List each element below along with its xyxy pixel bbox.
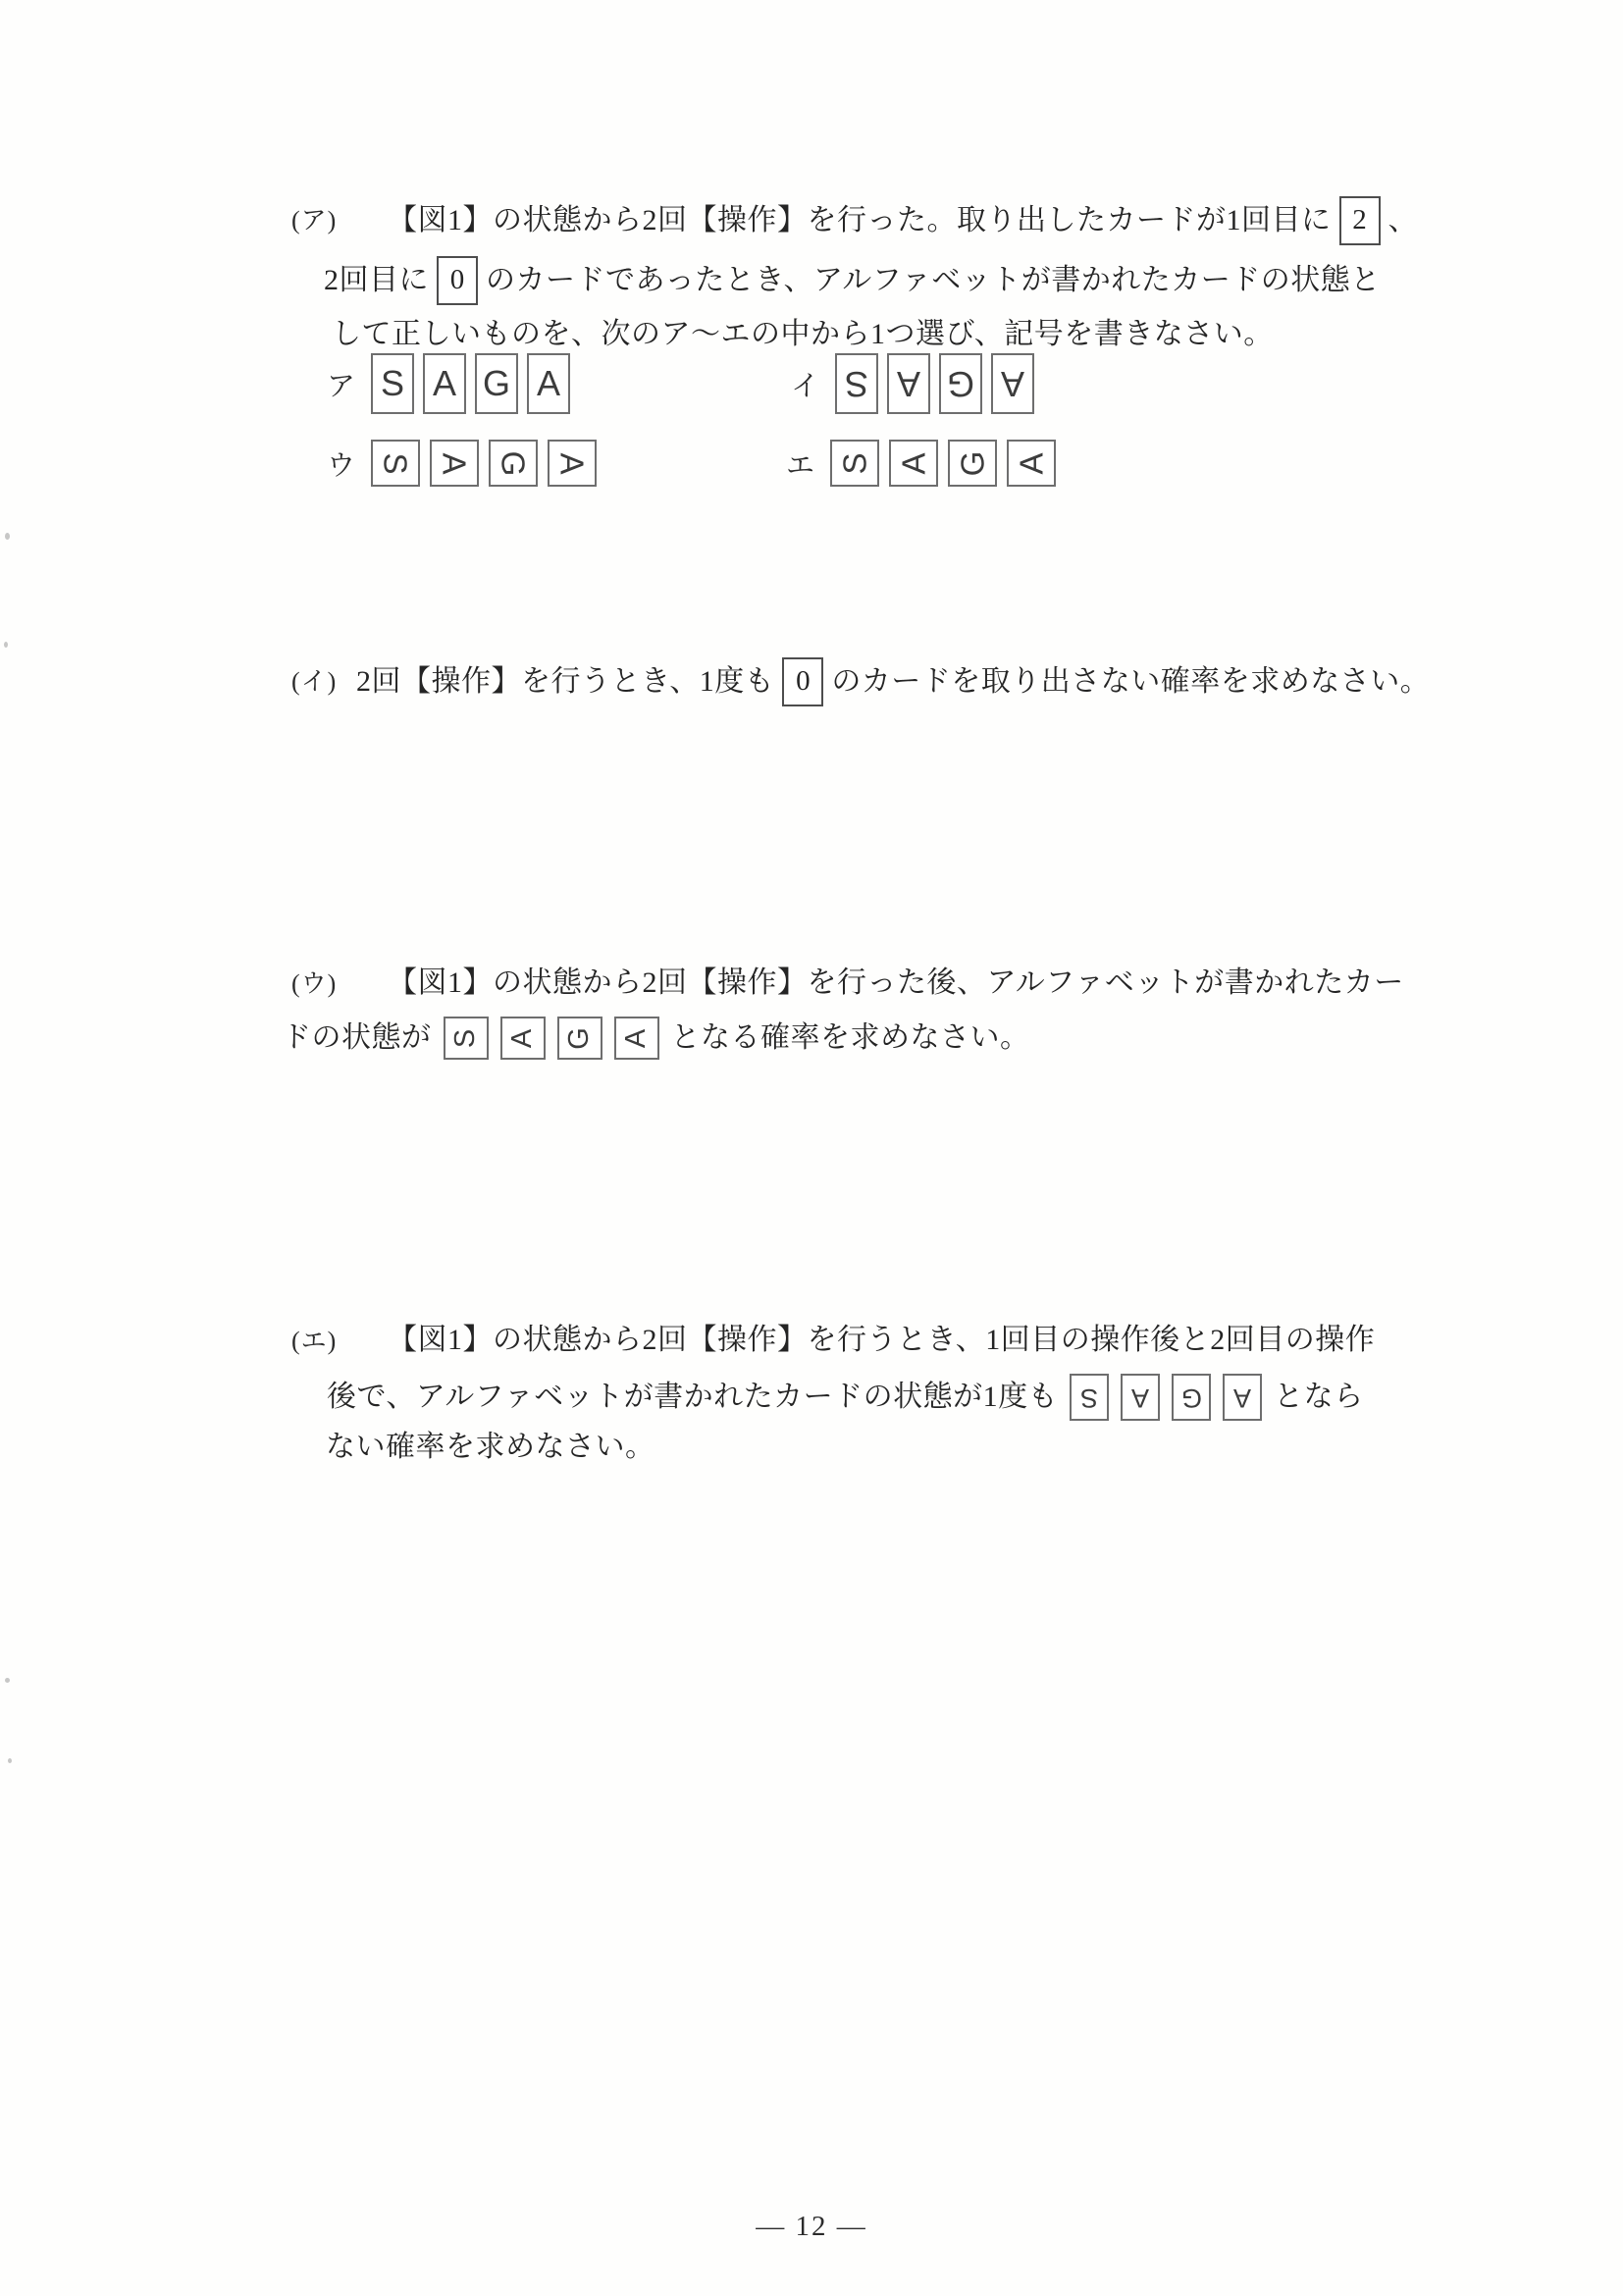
card-s-90ccw: S	[444, 1017, 489, 1060]
card-letter-s: S	[381, 366, 404, 401]
choice-a-cards: S A G A	[371, 353, 570, 414]
card-a2-90ccw: A	[614, 1017, 659, 1060]
card-letter-a: A	[433, 366, 456, 401]
drawn-card-2-digit: 2	[1352, 201, 1367, 239]
choice-u: ウ S A G A	[327, 440, 597, 487]
question-i-line1: (イ) 2回【操作】を行うとき、1度も 0 のカードを取り出さない確率を求めなさ…	[291, 657, 1430, 706]
scan-speck	[4, 642, 8, 648]
card-a2-upright: A	[527, 353, 570, 414]
question-u-line2: ドの状態が S A G A となる確率を求めなさい。	[282, 1017, 1030, 1060]
card-letter-s: S	[845, 366, 868, 401]
choice-e: エ S A G A	[786, 440, 1056, 487]
question-e-line3: ない確率を求めなさい。	[326, 1428, 655, 1468]
card-s-upright: S	[371, 353, 414, 414]
drawn-card-box-0: 0	[437, 256, 478, 305]
question-a-line3: して正しいものを、次のア〜エの中から1つ選び、記号を書きなさい。	[332, 315, 1274, 355]
choice-u-label: ウ	[327, 444, 355, 484]
card-a2-90ccw: A	[1007, 440, 1056, 487]
card-letter-a: A	[508, 1028, 537, 1047]
card-a-90ccw: A	[889, 440, 938, 487]
card-a-90ccw: A	[500, 1017, 546, 1060]
card-s-90cw: S	[371, 440, 420, 487]
card-letter-s: S	[1080, 1384, 1098, 1411]
question-a-line2-tail: のカードであったとき、アルファベットが書かれたカードの状態と	[486, 261, 1381, 301]
choice-e-cards: S A G A	[830, 440, 1056, 487]
choice-i-label: イ	[791, 364, 819, 404]
drawn-card-0-digit: 0	[450, 261, 465, 299]
question-e-label: (エ)	[291, 1324, 388, 1358]
scan-speck	[5, 533, 10, 540]
card-letter-s: S	[380, 452, 412, 474]
question-a-line2: 2回目に 0 のカードであったとき、アルファベットが書かれたカードの状態と	[324, 256, 1381, 305]
card-letter-g: G	[1181, 1384, 1202, 1411]
page-number: — 12 —	[0, 2211, 1623, 2243]
question-i-label: (イ)	[291, 664, 356, 699]
question-a-line1-tail: 、	[1388, 201, 1419, 241]
question-a-line3-text: して正しいものを、次のア〜エの中から1つ選び、記号を書きなさい。	[332, 315, 1274, 355]
card-g-90ccw: G	[948, 440, 997, 487]
card-g-180: G	[939, 353, 982, 414]
question-u-cards-90ccw: S A G A	[444, 1017, 659, 1060]
drawn-card-0-digit: 0	[796, 662, 811, 701]
question-u-line1: (ウ) 【図1】の状態から2回【操作】を行った後、アルファベットが書かれたカー	[291, 964, 1404, 1004]
card-letter-g: G	[957, 450, 989, 476]
card-letter-a: A	[897, 366, 920, 401]
question-e-line1: (エ) 【図1】の状態から2回【操作】を行うとき、1回目の操作後と2回目の操作	[291, 1321, 1375, 1361]
question-e-line2-text: 後で、アルファベットが書かれたカードの状態が1度も	[327, 1378, 1058, 1418]
choice-i-cards: S A G A	[835, 353, 1034, 414]
question-a-line1-text: 【図1】の状態から2回【操作】を行った。取り出したカードが1回目に	[388, 201, 1332, 241]
card-letter-a2: A	[556, 452, 589, 474]
question-e-cards-180: S A G A	[1070, 1374, 1262, 1421]
scan-speck	[8, 1758, 12, 1763]
card-letter-a2: A	[622, 1028, 651, 1047]
card-s-180: S	[1070, 1374, 1109, 1421]
choice-a: ア S A G A	[327, 353, 570, 414]
card-a2-180: A	[991, 353, 1034, 414]
card-letter-a2: A	[537, 366, 560, 401]
card-a-upright: A	[423, 353, 466, 414]
question-u-line2-tail: となる確率を求めなさい。	[671, 1018, 1030, 1059]
card-a-180: A	[887, 353, 930, 414]
card-letter-g: G	[497, 450, 530, 476]
card-letter-s: S	[839, 452, 871, 474]
card-letter-g: G	[947, 366, 974, 401]
card-letter-g: G	[565, 1027, 594, 1050]
question-e-line2-tail: となら	[1274, 1378, 1364, 1418]
question-i-line1-tail: のカードを取り出さない確率を求めなさい。	[831, 662, 1430, 703]
card-g-180: G	[1172, 1374, 1211, 1421]
question-a-line2-text: 2回目に	[324, 261, 429, 301]
question-e-line3-text: ない確率を求めなさい。	[326, 1428, 655, 1468]
card-letter-g: G	[483, 366, 510, 401]
card-letter-a2: A	[1016, 452, 1048, 474]
card-letter-a: A	[898, 452, 930, 474]
scan-speck	[5, 1678, 10, 1683]
card-letter-a: A	[439, 452, 471, 474]
choice-e-label: エ	[786, 444, 814, 484]
card-a-90cw: A	[430, 440, 479, 487]
question-e-line2: 後で、アルファベットが書かれたカードの状態が1度も S A G A となら	[327, 1374, 1364, 1421]
question-u-line1-text: 【図1】の状態から2回【操作】を行った後、アルファベットが書かれたカー	[388, 964, 1404, 1004]
card-letter-a2: A	[1233, 1384, 1251, 1411]
question-u-label: (ウ)	[291, 966, 388, 1001]
card-g-upright: G	[475, 353, 518, 414]
card-g-90cw: G	[489, 440, 538, 487]
question-e-line1-text: 【図1】の状態から2回【操作】を行うとき、1回目の操作後と2回目の操作	[388, 1321, 1375, 1361]
card-letter-s: S	[451, 1028, 480, 1047]
card-a2-90cw: A	[548, 440, 597, 487]
exam-page: (ア) 【図1】の状態から2回【操作】を行った。取り出したカードが1回目に 2 …	[0, 0, 1623, 2296]
question-a-label: (ア)	[291, 203, 388, 237]
choice-u-cards: S A G A	[371, 440, 597, 487]
drawn-card-box-0: 0	[782, 657, 823, 706]
card-letter-a: A	[1131, 1384, 1149, 1411]
question-a-line1: (ア) 【図1】の状態から2回【操作】を行った。取り出したカードが1回目に 2 …	[291, 196, 1418, 245]
question-u-line2-text: ドの状態が	[282, 1018, 432, 1059]
drawn-card-box-2: 2	[1339, 196, 1381, 245]
card-g-90ccw: G	[557, 1017, 602, 1060]
choice-i: イ S A G A	[791, 353, 1034, 414]
card-a2-180: A	[1223, 1374, 1262, 1421]
card-s-180: S	[835, 353, 878, 414]
card-a-180: A	[1121, 1374, 1160, 1421]
choice-a-label: ア	[327, 364, 355, 404]
question-i-line1-text: 2回【操作】を行うとき、1度も	[356, 662, 774, 703]
card-s-90ccw: S	[830, 440, 879, 487]
card-letter-a2: A	[1001, 366, 1024, 401]
